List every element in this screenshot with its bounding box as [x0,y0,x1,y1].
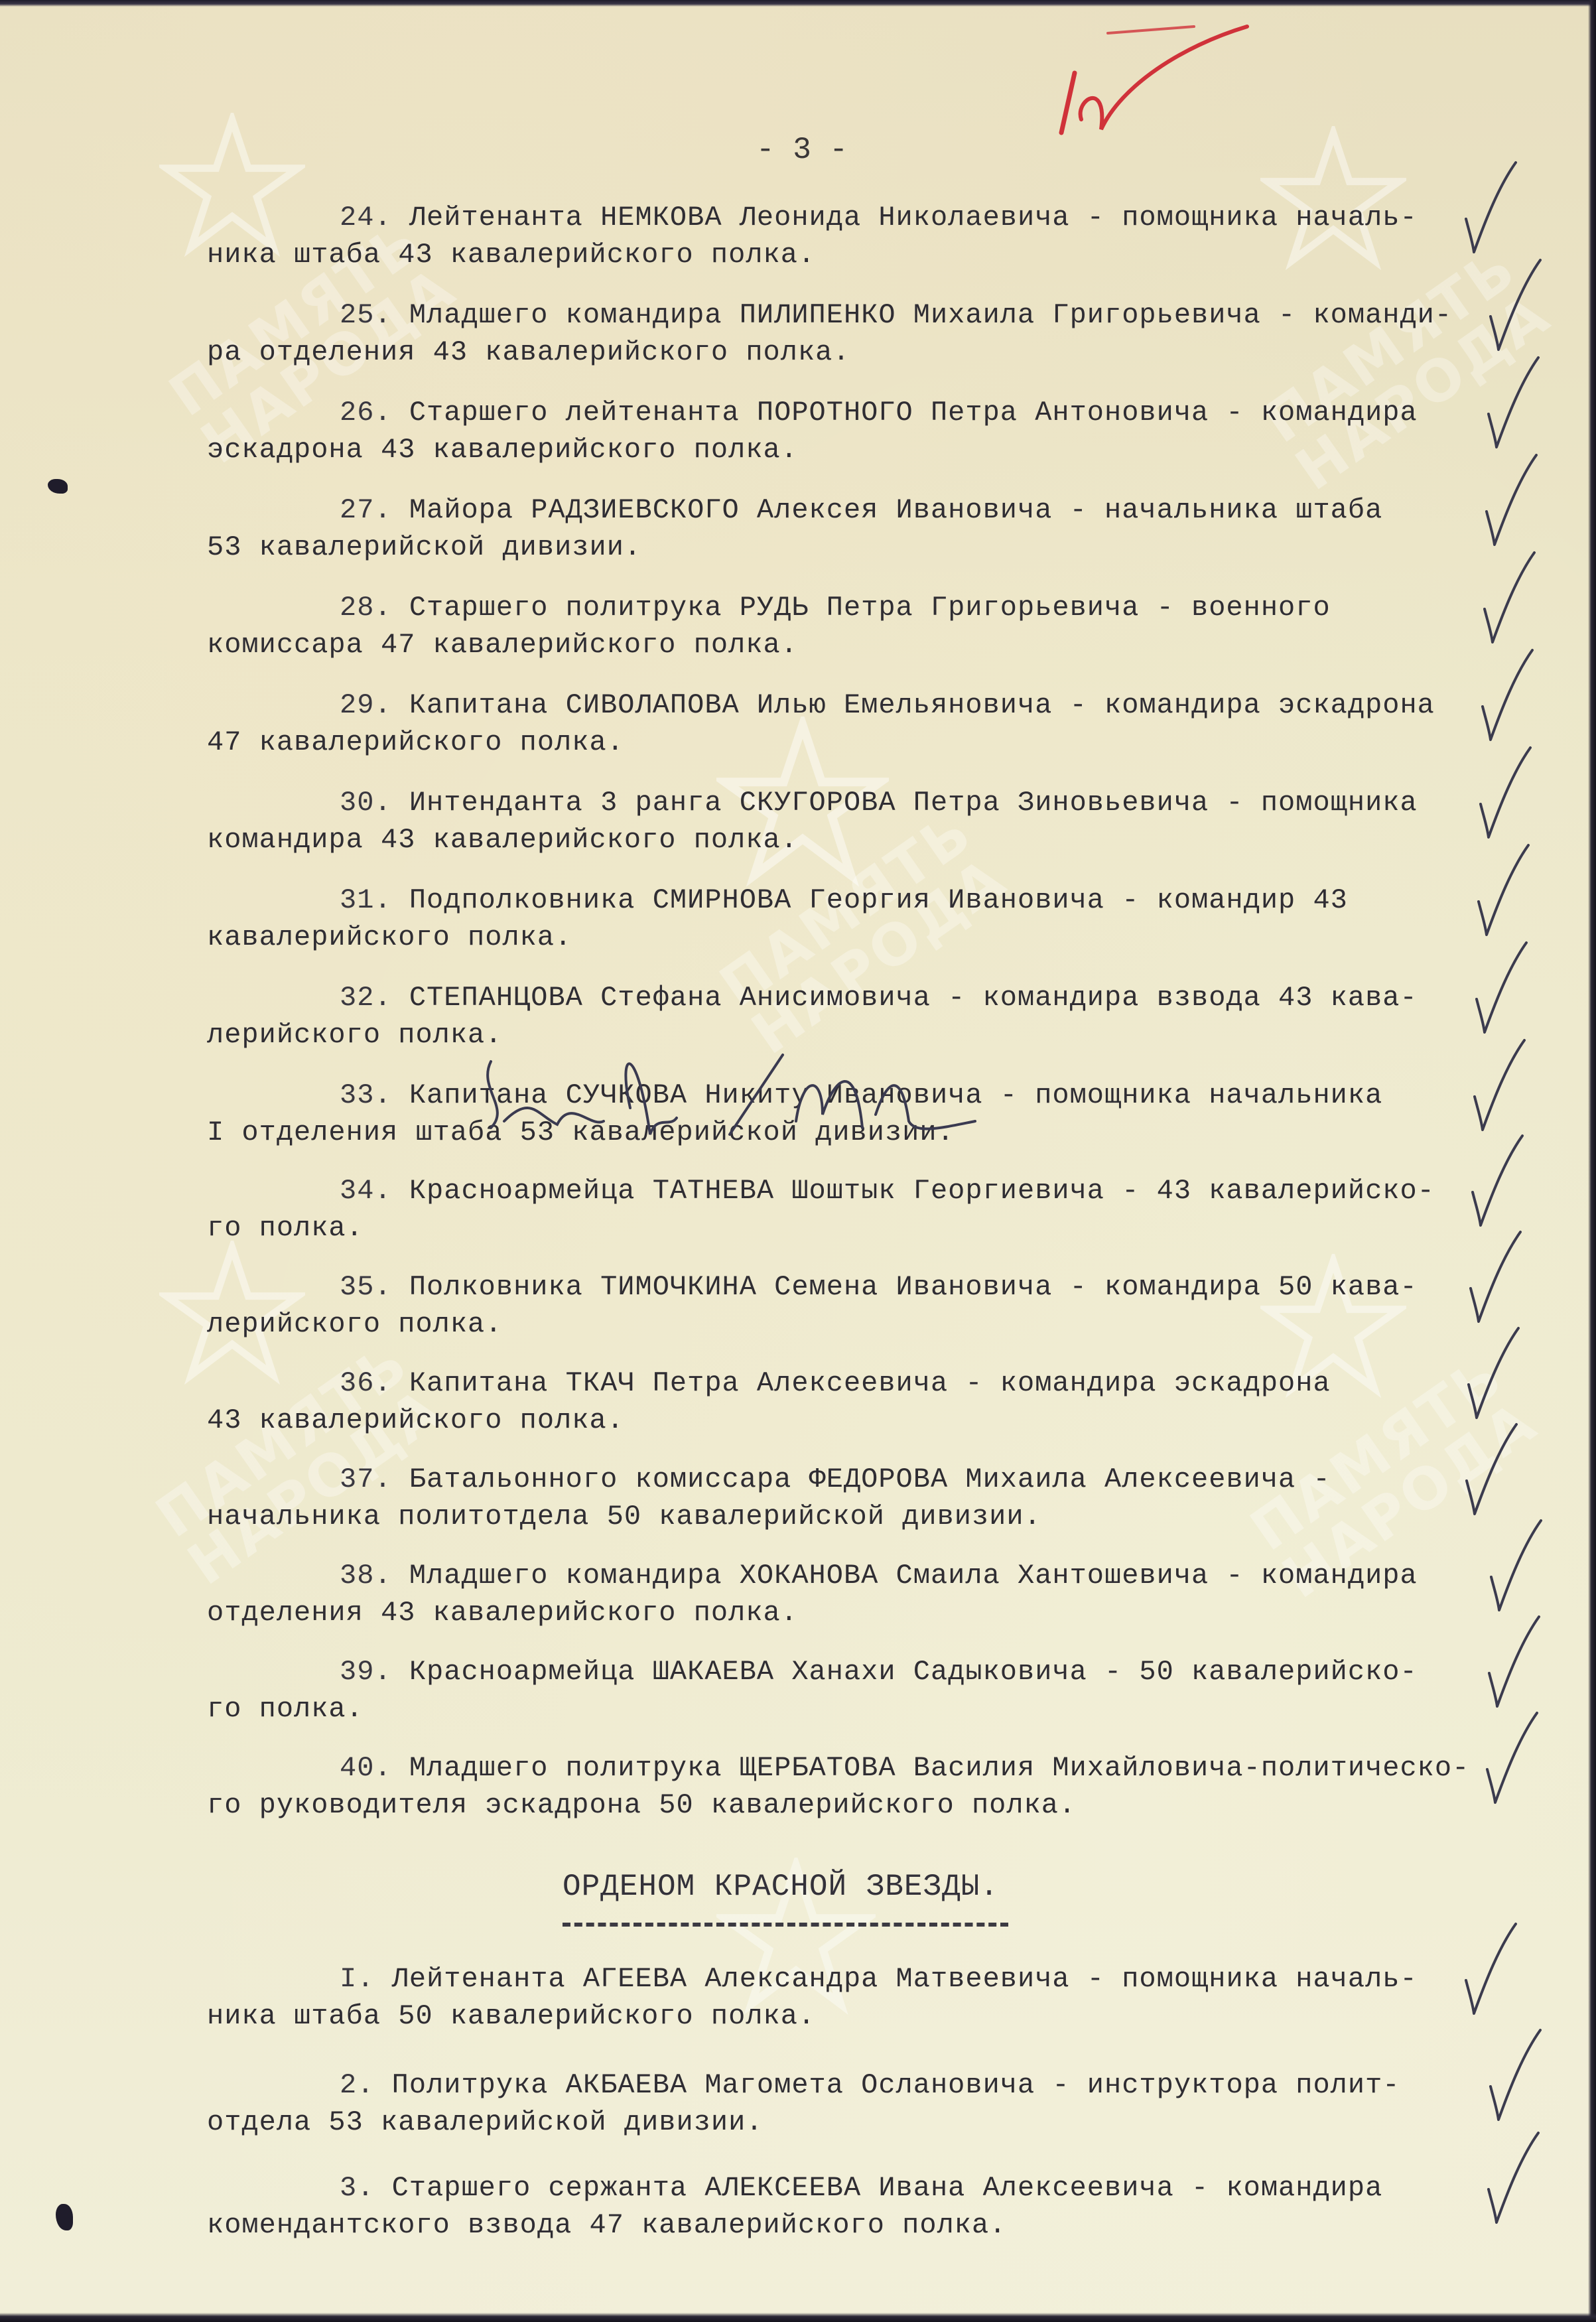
entry-first-line: 29. Капитана СИВОЛАПОВА Илью Емельянович… [207,687,1573,724]
entry-first-line: 34. Красноармейца ТАТНЕВА Шоштык Георгие… [207,1172,1573,1209]
entry-first-line: 33. Капитана СУЧКОВА Никиту Ивановича - … [207,1077,1573,1114]
entry-continuation-line: 43 кавалерийского полка. [207,1402,1573,1439]
entry-first-line: 26. Старшего лейтенанта ПОРОТНОГО Петра … [207,394,1573,431]
entry-first-line: 39. Красноармейца ШАКАЕВА Ханахи Садыков… [207,1653,1573,1690]
entry-first-line: 30. Интенданта 3 ранга СКУГОРОВА Петра З… [207,784,1573,821]
list-item: 36. Капитана ТКАЧ Петра Алексеевича - ко… [207,1365,1573,1439]
entry-continuation-line: кавалерийского полка. [207,919,1573,956]
entry-first-line: 37. Батальонного комиссара ФЕДОРОВА Миха… [207,1461,1573,1498]
scan-right-edge [1588,0,1596,2322]
entry-continuation-line: отдела 53 кавалерийской дивизии. [207,2104,1573,2141]
entry-text: Батальонного комиссара ФЕДОРОВА Михаила … [409,1464,1331,1495]
entry-first-line: 31. Подполковника СМИРНОВА Георгия Ивано… [207,882,1573,919]
entry-first-line: 32. СТЕПАНЦОВА Стефана Анисимовича - ком… [207,979,1573,1016]
list-item: 25. Младшего командира ПИЛИПЕНКО Михаила… [207,297,1573,371]
entry-number: 33. [340,1079,392,1111]
entry-text: Майора РАДЗИЕВСКОГО Алексея Ивановича - … [409,494,1382,526]
entry-number: 24. [340,202,392,234]
page-number: - 3 - [756,133,848,167]
entry-text: Лейтенанта АГЕЕВА Александра Матвеевича … [392,1963,1418,1995]
entry-number: 3. [340,2172,374,2204]
entry-continuation-line: отделения 43 кавалерийского полка. [207,1594,1573,1631]
entry-continuation-line: I отделения штаба 53 кавалерийской дивиз… [207,1114,1573,1151]
entry-text: Старшего сержанта АЛЕКСЕЕВА Ивана Алексе… [392,2172,1383,2204]
entry-number: 29. [340,689,392,721]
list-item: 35. Полковника ТИМОЧКИНА Семена Иванович… [207,1268,1573,1343]
entry-first-line: 3. Старшего сержанта АЛЕКСЕЕВА Ивана Але… [207,2169,1573,2207]
scan-bottom-edge [0,2313,1596,2322]
entry-number: 36. [340,1367,392,1399]
entry-number: 25. [340,299,392,331]
entry-text: Лейтенанта НЕМКОВА Леонида Николаевича -… [409,202,1418,234]
entry-continuation-line: комиссара 47 кавалерийского полка. [207,626,1573,663]
list-item: 40. Младшего политрука ЩЕРБАТОВА Василия… [207,1749,1573,1824]
list-item: 2. Политрука АКБАЕВА Магомета Ослановича… [207,2067,1573,2141]
list-item: 28. Старшего политрука РУДЬ Петра Григор… [207,589,1573,663]
entry-continuation-line: ника штаба 43 кавалерийского полка. [207,236,1573,273]
entry-number: 35. [340,1271,392,1303]
entry-text: Младшего политрука ЩЕРБАТОВА Василия Мих… [409,1752,1469,1784]
entry-number: 26. [340,397,392,429]
entry-first-line: 38. Младшего командира ХОКАНОВА Смаила Х… [207,1557,1573,1594]
entry-first-line: 2. Политрука АКБАЕВА Магомета Ослановича… [207,2067,1573,2104]
red-folio-mark [1035,20,1254,139]
entry-first-line: 40. Младшего политрука ЩЕРБАТОВА Василия… [207,1749,1573,1787]
list-item: 33. Капитана СУЧКОВА Никиту Ивановича - … [207,1077,1573,1151]
entry-number: 27. [340,494,392,526]
entry-text: Капитана СИВОЛАПОВА Илью Емельяновича - … [409,689,1435,721]
scan-top-edge [0,0,1596,7]
entry-continuation-line: начальника политотдела 50 кавалерийской … [207,1498,1573,1535]
entry-text: Капитана ТКАЧ Петра Алексеевича - команд… [409,1367,1331,1399]
entry-text: Интенданта 3 ранга СКУГОРОВА Петра Зинов… [409,787,1418,819]
entry-continuation-line: лерийского полка. [207,1016,1573,1054]
binding-hole [48,479,68,494]
entry-number: 40. [340,1752,392,1784]
entry-text: Младшего командира ПИЛИПЕНКО Михаила Гри… [409,299,1452,331]
entry-number: 34. [340,1175,392,1207]
list-item: 29. Капитана СИВОЛАПОВА Илью Емельянович… [207,687,1573,761]
entry-number: 31. [340,884,392,916]
entry-continuation-line: лерийского полка. [207,1306,1573,1343]
entry-first-line: I. Лейтенанта АГЕЕВА Александра Матвееви… [207,1960,1573,1998]
section-underline [563,1923,1008,1927]
entry-text: СТЕПАНЦОВА Стефана Анисимовича - команди… [409,982,1418,1014]
list-item: 24. Лейтенанта НЕМКОВА Леонида Николаеви… [207,199,1573,273]
entry-continuation-line: го руководителя эскадрона 50 кавалерийск… [207,1787,1573,1824]
entry-number: 38. [340,1560,392,1592]
entry-text: Подполковника СМИРНОВА Георгия Ивановича… [409,884,1348,916]
entry-text: Красноармейца ШАКАЕВА Ханахи Садыковича … [409,1656,1418,1688]
list-item: 26. Старшего лейтенанта ПОРОТНОГО Петра … [207,394,1573,468]
list-item: 34. Красноармейца ТАТНЕВА Шоштык Георгие… [207,1172,1573,1247]
entry-continuation-line: ра отделения 43 кавалерийского полка. [207,334,1573,371]
list-item: 3. Старшего сержанта АЛЕКСЕЕВА Ивана Але… [207,2169,1573,2244]
entry-text: Младшего командира ХОКАНОВА Смаила Ханто… [409,1560,1418,1592]
entry-text: Красноармейца ТАТНЕВА Шоштык Георгиевича… [409,1175,1435,1207]
entry-number: 39. [340,1656,392,1688]
entry-number: 2. [340,2069,374,2101]
entry-continuation-line: эскадрона 43 кавалерийского полка. [207,431,1573,468]
list-item: 39. Красноармейца ШАКАЕВА Ханахи Садыков… [207,1653,1573,1728]
entry-text: Полковника ТИМОЧКИНА Семена Ивановича - … [409,1271,1418,1303]
entry-number: 37. [340,1464,392,1495]
entry-text: Капитана СУЧКОВА Никиту Ивановича - помо… [409,1079,1382,1111]
list-item: 32. СТЕПАНЦОВА Стефана Анисимовича - ком… [207,979,1573,1054]
entry-continuation-line: командира 43 кавалерийского полка. [207,821,1573,858]
entry-continuation-line: 53 кавалерийской дивизии. [207,529,1573,566]
entry-continuation-line: го полка. [207,1209,1573,1247]
entry-text: Старшего политрука РУДЬ Петра Григорьеви… [409,592,1331,624]
document-page: ПАМЯТЬ НАРОДА ПАМЯТЬ НАРОДА ПАМЯТЬ НАРОД… [0,0,1596,2322]
entry-first-line: 28. Старшего политрука РУДЬ Петра Григор… [207,589,1573,626]
section-heading: ОРДЕНОМ КРАСНОЙ ЗВЕЗДЫ. [563,1870,999,1904]
list-item: 27. Майора РАДЗИЕВСКОГО Алексея Иванович… [207,492,1573,566]
entry-continuation-line: ника штаба 50 кавалерийского полка. [207,1998,1573,2035]
list-item: 38. Младшего командира ХОКАНОВА Смаила Х… [207,1557,1573,1631]
entry-number: 28. [340,592,392,624]
entry-first-line: 35. Полковника ТИМОЧКИНА Семена Иванович… [207,1268,1573,1306]
list-item: 37. Батальонного комиссара ФЕДОРОВА Миха… [207,1461,1573,1535]
entry-continuation-line: 47 кавалерийского полка. [207,724,1573,761]
entry-text: Политрука АКБАЕВА Магомета Ослановича - … [392,2069,1400,2101]
entry-first-line: 24. Лейтенанта НЕМКОВА Леонида Николаеви… [207,199,1573,236]
entry-number: 32. [340,982,392,1014]
entry-text: Старшего лейтенанта ПОРОТНОГО Петра Анто… [409,397,1418,429]
entry-number: I. [340,1963,374,1995]
entry-continuation-line: комендантского взвода 47 кавалерийского … [207,2207,1573,2244]
list-item: I. Лейтенанта АГЕЕВА Александра Матвееви… [207,1960,1573,2035]
binding-hole [56,2204,73,2230]
list-item: 31. Подполковника СМИРНОВА Георгия Ивано… [207,882,1573,956]
entry-first-line: 36. Капитана ТКАЧ Петра Алексеевича - ко… [207,1365,1573,1402]
list-item: 30. Интенданта 3 ранга СКУГОРОВА Петра З… [207,784,1573,858]
entry-first-line: 25. Младшего командира ПИЛИПЕНКО Михаила… [207,297,1573,334]
entry-first-line: 27. Майора РАДЗИЕВСКОГО Алексея Иванович… [207,492,1573,529]
entry-continuation-line: го полка. [207,1690,1573,1728]
entry-number: 30. [340,787,392,819]
